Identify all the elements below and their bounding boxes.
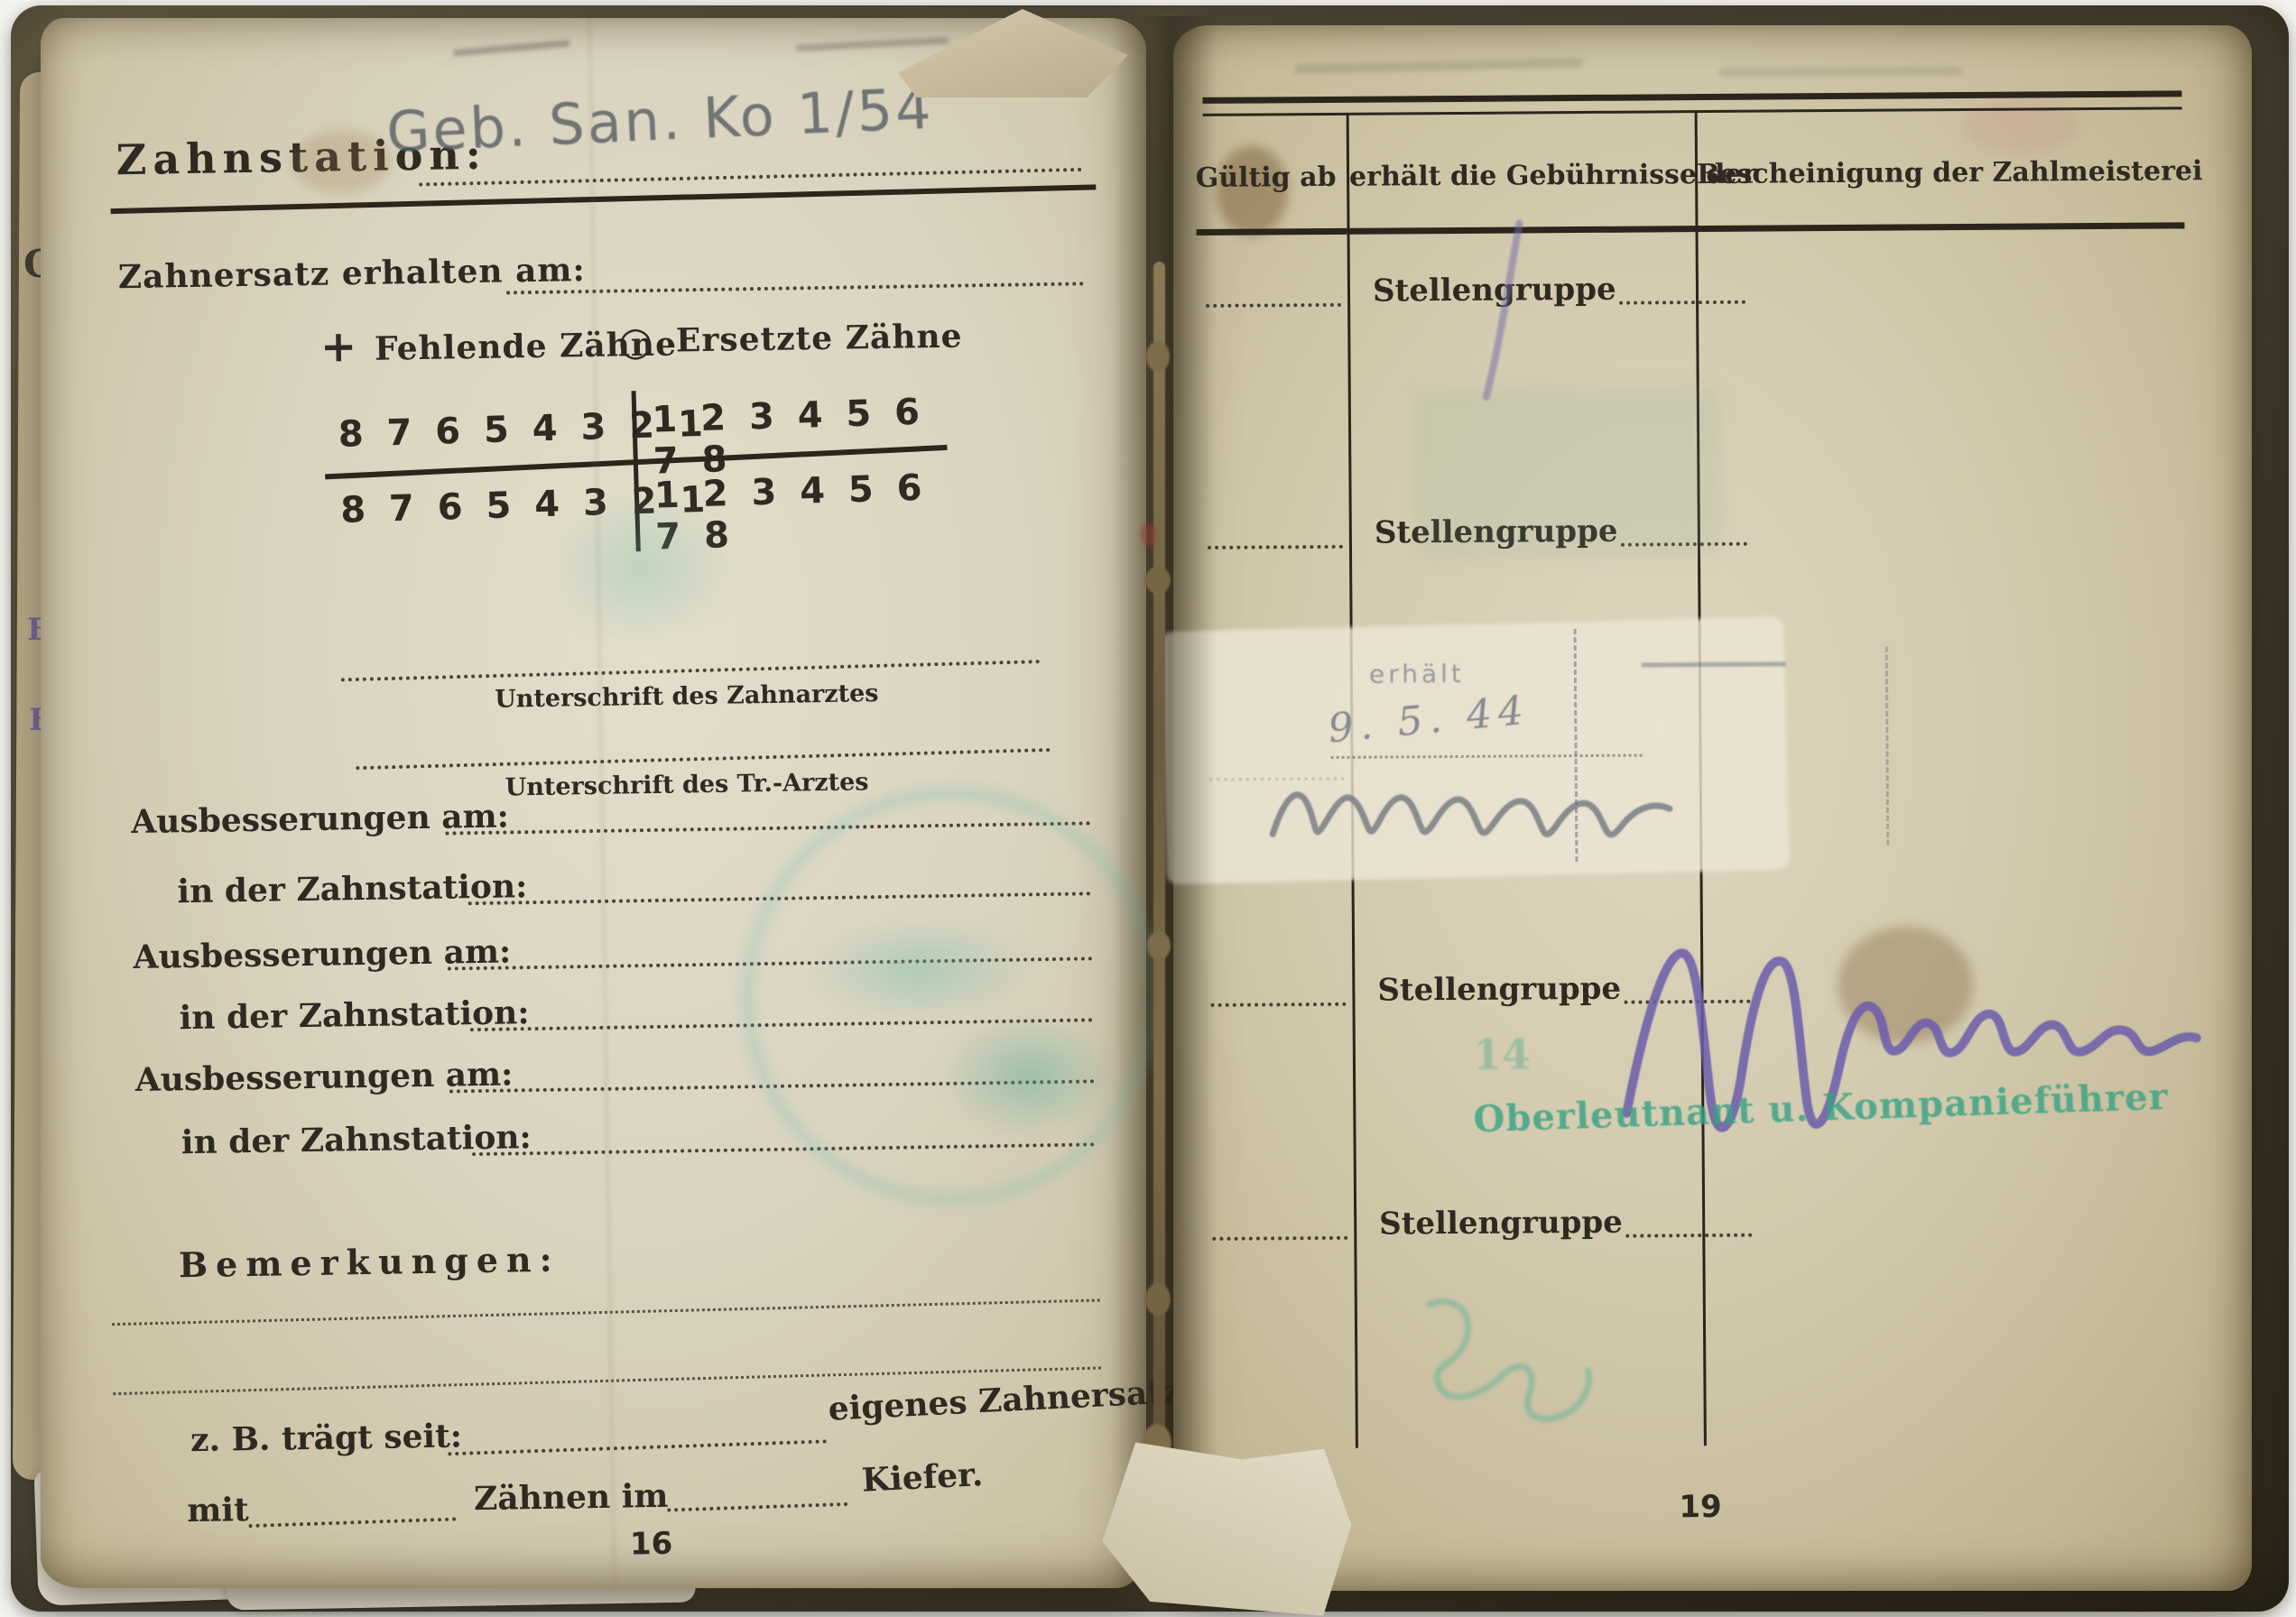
- header-dotted-line: [419, 167, 1082, 187]
- stitch-knot: [1145, 1283, 1171, 1316]
- wears-since-dotted-line: [448, 1438, 827, 1455]
- green-stamp-fragment: 14: [1473, 1030, 1531, 1078]
- missing-teeth-symbol: +: [320, 321, 357, 373]
- zahnstation-handwritten-value: Geb. San. Ko 1/54: [385, 76, 935, 165]
- teal-stamp-smudge: [938, 1012, 1120, 1141]
- right-page-content: Gültig ab erhält die Gebührnisse der Bes…: [1168, 22, 2257, 1594]
- stellengruppe-dotted-line: [1619, 300, 1745, 305]
- teeth-in-label: Zähnen im: [474, 1477, 669, 1518]
- soldbuch-scan: G Bom Bom Bo Zahnstation: Geb. San. Ko 1…: [0, 0, 2296, 1617]
- table-col3-header: Bescheinigung der Zahlmeisterei: [1697, 155, 2175, 190]
- stellengruppe-label: Stellengruppe: [1377, 971, 1621, 1009]
- patch-faint-word: erhält: [1369, 659, 1465, 689]
- jaw-dotted-line: [667, 1501, 847, 1512]
- green-scribble: [1403, 1276, 1620, 1440]
- teal-stamp-smudge: [546, 485, 738, 650]
- binding-stitch-line: [1153, 262, 1165, 1444]
- patch-signature-scribble: [1259, 754, 1693, 856]
- left-page-content: Zahnstation: Geb. San. Ko 1/54 Zahnersat…: [28, 9, 1158, 1596]
- bleed-mark: [1718, 67, 1962, 77]
- left-page-number: 16: [630, 1526, 673, 1563]
- bleed-mark: [796, 37, 949, 52]
- patch-dashed-vertical: [1885, 647, 1890, 845]
- table-col2-header: erhält die Gebührnisse der: [1349, 159, 1692, 193]
- dentist-signature-line: [341, 659, 1041, 681]
- teal-stamp-smudge: [801, 913, 1037, 1025]
- right-page-number: 19: [1679, 1489, 1722, 1525]
- replaced-teeth-symbol: ○: [618, 319, 653, 365]
- troop-doctor-signature-line: [356, 747, 1051, 770]
- remarks-label: Bemerkungen:: [179, 1239, 560, 1286]
- replaced-teeth-label: Ersetzte Zähne: [676, 318, 963, 360]
- dentist-signature-caption: Unterschrift des Zahnarztes: [495, 679, 879, 714]
- wears-since-label: z. B. trägt seit:: [190, 1417, 463, 1459]
- bleed-mark: [453, 40, 570, 57]
- valid-from-dotted-line: [1208, 544, 1343, 550]
- left-page: Zahnstation: Geb. San. Ko 1/54 Zahnersat…: [41, 18, 1146, 1588]
- valid-from-dotted-line: [1210, 1002, 1346, 1007]
- stitch-knot: [1146, 341, 1170, 372]
- remarks-dotted-line: [112, 1298, 1100, 1326]
- stitch-knot: [1145, 567, 1171, 594]
- valid-from-dotted-line: [1212, 1235, 1347, 1241]
- with-dotted-line: [248, 1516, 456, 1528]
- jaw-label: Kiefer.: [861, 1455, 984, 1500]
- header-underline: [111, 184, 1097, 214]
- stellengruppe-dotted-line: [1625, 1233, 1752, 1238]
- paper-stain: [292, 129, 392, 194]
- right-page: Gültig ab erhält die Gebührnisse der Bes…: [1173, 25, 2252, 1591]
- purple-ink-stroke: [1467, 216, 1540, 406]
- table-header-bottom-rule: [1197, 222, 2185, 236]
- stellengruppe-label: Stellengruppe: [1379, 1205, 1623, 1243]
- bleed-mark: [1294, 58, 1583, 74]
- valid-from-dotted-line: [1206, 302, 1341, 308]
- binding-red-mark: [1141, 523, 1157, 547]
- green-bleed: [1414, 386, 1722, 559]
- with-label: mit: [187, 1491, 249, 1529]
- stitch-knot: [1147, 931, 1171, 960]
- page-crease: [588, 18, 616, 1588]
- troop-doctor-signature-caption: Unterschrift des Tr.-Arztes: [505, 768, 868, 801]
